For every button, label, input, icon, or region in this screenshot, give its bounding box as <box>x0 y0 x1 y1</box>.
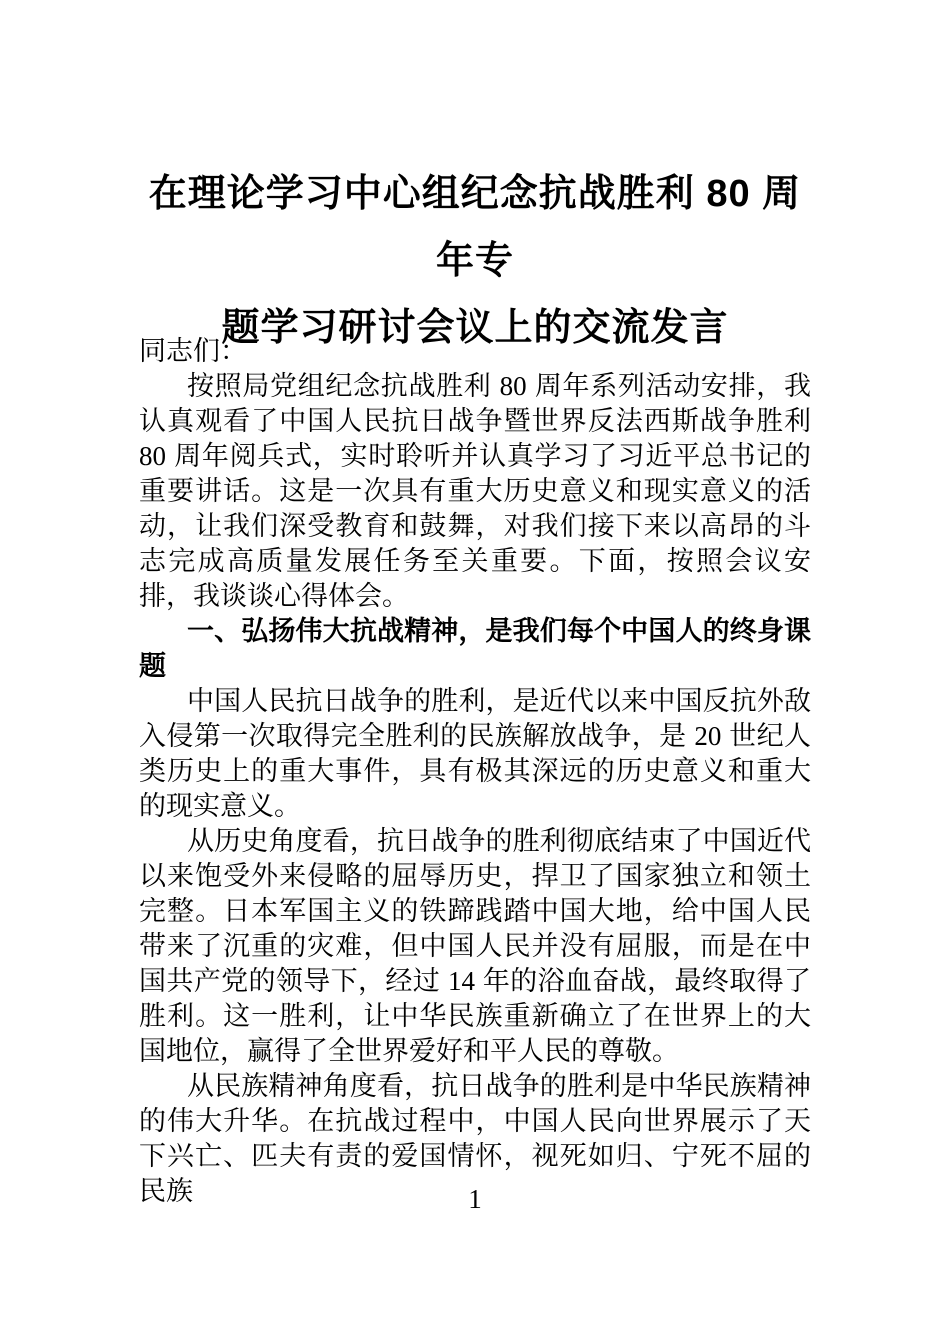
salutation-line: 同志们： <box>139 334 811 369</box>
paragraph-intro: 按照局党组纪念抗战胜利 80 周年系列活动安排，我认真观看了中国人民抗日战争暨世… <box>139 369 811 614</box>
section-heading-1: 一、弘扬伟大抗战精神，是我们每个中国人的终身课题 <box>139 614 811 684</box>
document-title-line-1: 在理论学习中心组纪念抗战胜利 80 周年专 <box>139 161 811 295</box>
document-title: 在理论学习中心组纪念抗战胜利 80 周年专 题学习研讨会议上的交流发言 <box>139 161 811 362</box>
paragraph-history-perspective: 从历史角度看，抗日战争的胜利彻底结束了中国近代以来饱受外来侵略的屈辱历史，捍卫了… <box>139 824 811 1069</box>
paragraph-victory-significance: 中国人民抗日战争的胜利，是近代以来中国反抗外敌入侵第一次取得完全胜利的民族解放战… <box>139 684 811 824</box>
page-number: 1 <box>0 1184 950 1215</box>
document-body: 同志们： 按照局党组纪念抗战胜利 80 周年系列活动安排，我认真观看了中国人民抗… <box>139 334 811 1209</box>
document-page: 在理论学习中心组纪念抗战胜利 80 周年专 题学习研讨会议上的交流发言 同志们：… <box>0 0 950 1344</box>
